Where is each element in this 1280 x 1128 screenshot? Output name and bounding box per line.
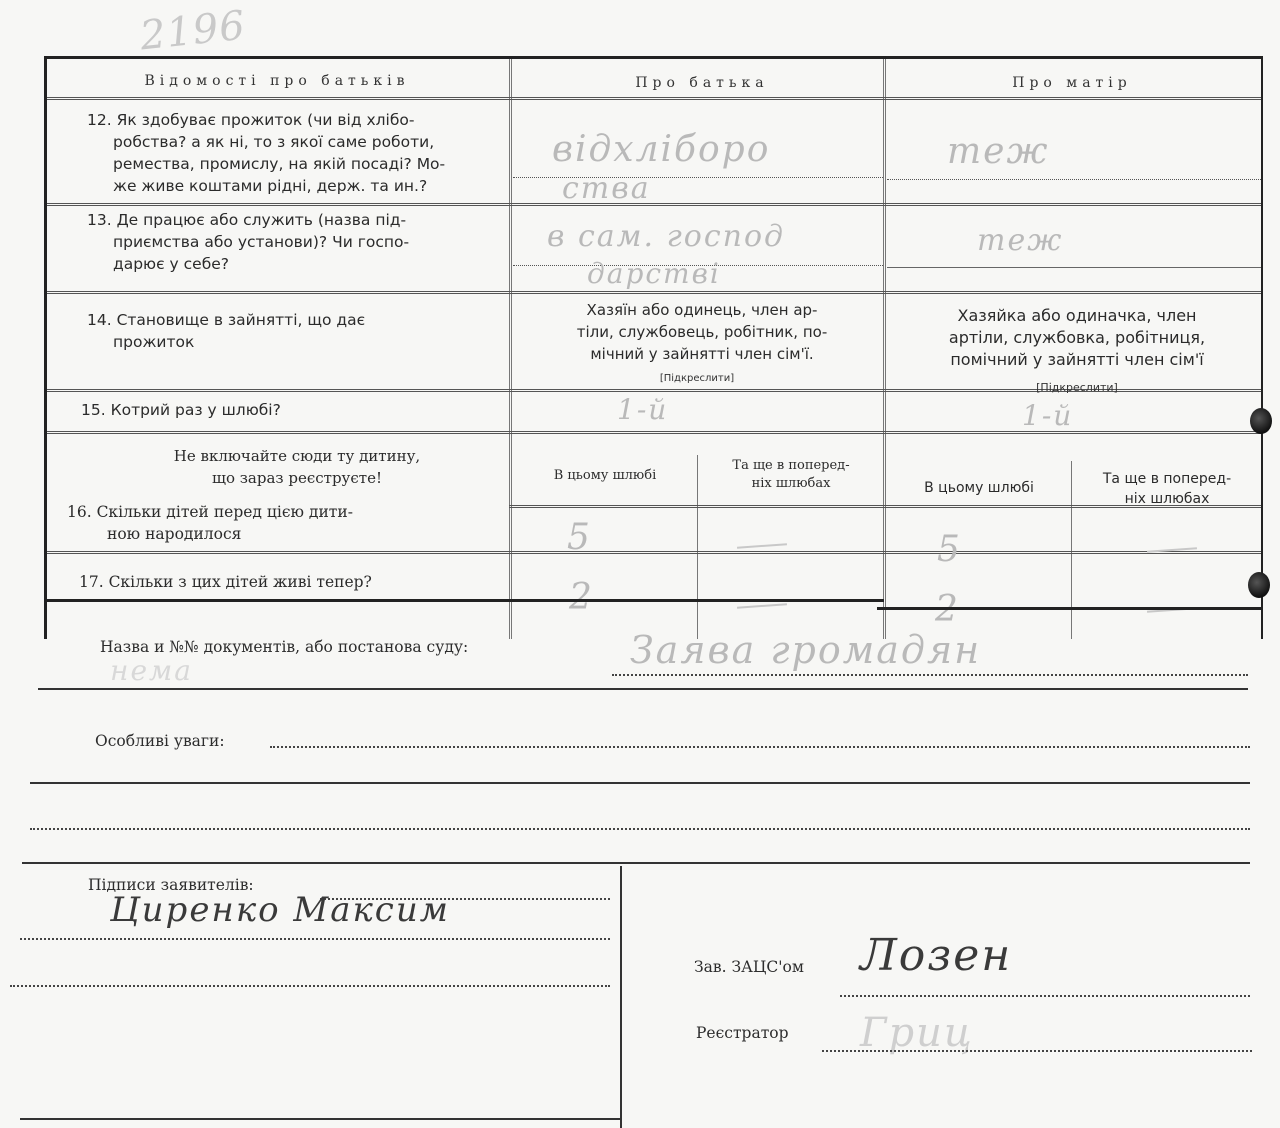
zags-head-signature[interactable]: Лозен — [860, 930, 1012, 981]
col-divider-mother-sub — [1071, 461, 1072, 639]
page-number: 2196 — [138, 3, 248, 60]
header-mother: Про матір — [887, 75, 1257, 91]
father-workplace-value-cont[interactable]: дарстві — [587, 257, 721, 290]
father-this-marriage-header: В цьому шлюбі — [513, 465, 697, 487]
father-occupation-value-cont[interactable]: ства — [562, 171, 651, 206]
parents-info-table: Відомості про батьків Про батька Про мат… — [44, 56, 1263, 639]
children-exclusion-note: Не включайте сюди ту дитину, що зараз ре… — [87, 445, 507, 489]
col-divider-father-sub — [697, 455, 698, 639]
mother-children-born-this[interactable]: 5 — [937, 529, 962, 570]
applicant-signature[interactable]: Циренко Максим — [110, 890, 450, 930]
binding-hole-bottom — [1248, 572, 1270, 598]
father-prev-marriages-header: Та ще в поперед- ніх шлюбах — [699, 457, 883, 493]
question-14: 14. Становище в зайнятті, що дає прожито… — [87, 309, 507, 353]
header-father: Про батька — [517, 75, 887, 91]
documents-value-overflow[interactable]: нема — [110, 654, 193, 687]
mother-workplace-value[interactable]: теж — [977, 223, 1063, 258]
zags-head-label: Зав. ЗАЦС'ом — [694, 958, 804, 976]
father-underline-note: [Підкреслити] — [607, 373, 787, 384]
father-children-alive-this[interactable]: 2 — [569, 577, 594, 618]
question-13: 13. Де працює або служить (назва під- пр… — [87, 209, 507, 275]
father-children-born-prev[interactable] — [737, 543, 787, 548]
mother-marriage-count[interactable]: 1-й — [1022, 399, 1073, 432]
father-marriage-count[interactable]: 1-й — [617, 393, 668, 426]
mother-occupation-value[interactable]: теж — [947, 131, 1049, 172]
father-children-born-this[interactable]: 5 — [567, 517, 592, 558]
mother-this-marriage-header: В цьому шлюбі — [887, 477, 1071, 499]
registrar-label: Реєстратор — [696, 1024, 789, 1042]
question-12: 12. Як здобуває прожиток (чи від хлібо- … — [87, 109, 507, 197]
father-children-alive-prev[interactable] — [737, 603, 787, 608]
remarks-label: Особливі уваги: — [95, 732, 225, 750]
father-workplace-value[interactable]: в сам. господ — [547, 219, 785, 254]
father-occupation-value[interactable]: відхліборо — [552, 129, 770, 170]
question-15: 15. Котрий раз у шлюбі? — [81, 399, 281, 421]
header-info: Відомості про батьків — [47, 73, 507, 89]
remarks-field[interactable] — [270, 746, 1250, 748]
binding-hole-top — [1250, 408, 1272, 434]
father-employment-options[interactable]: Хазяїн або одинець, член ар- тіли, служб… — [522, 299, 882, 365]
mother-employment-options[interactable]: Хазяйка або одиначка, член артіли, служб… — [897, 305, 1257, 371]
documents-value[interactable]: Заява громадян — [630, 628, 981, 672]
mother-prev-marriages-header: Та ще в поперед- ніх шлюбах — [1073, 469, 1261, 509]
question-17: 17. Скільки з цих дітей живі тепер? — [79, 571, 372, 593]
question-16: 16. Скільки дітей перед цією дити- ною н… — [67, 501, 507, 545]
mother-underline-note: [Підкреслити] — [987, 381, 1167, 394]
